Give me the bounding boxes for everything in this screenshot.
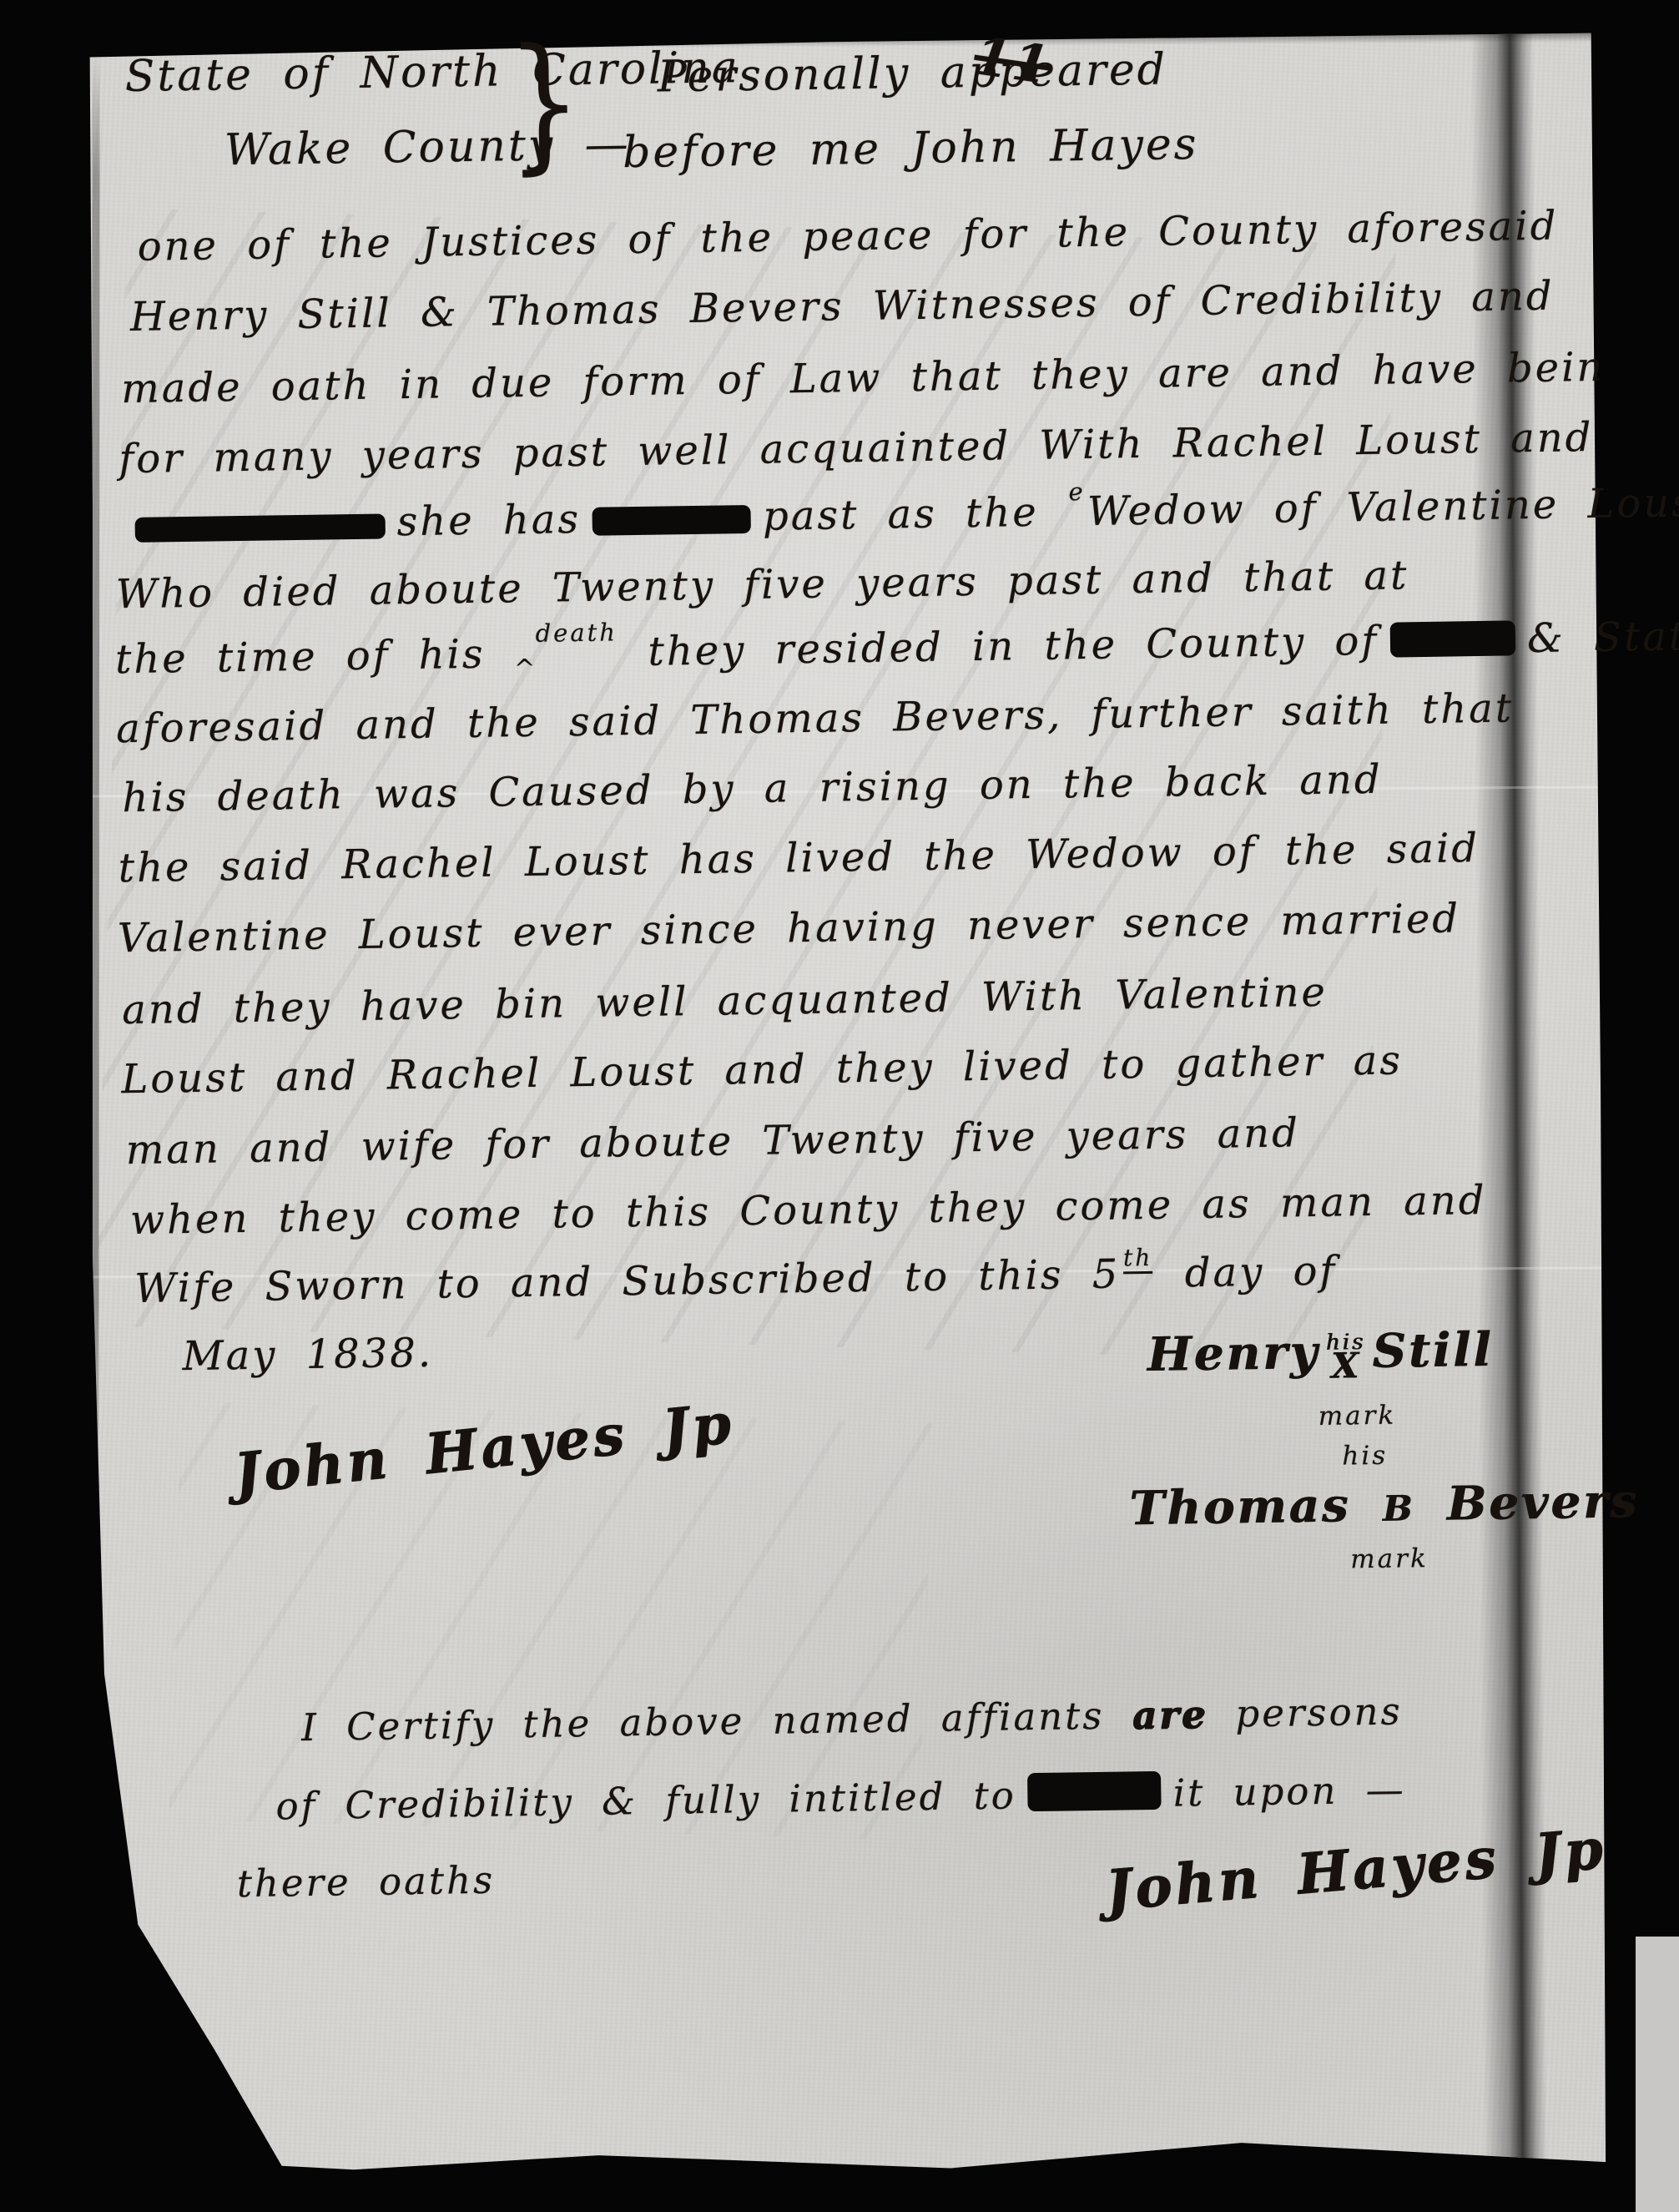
mark-label: mark [1350, 1543, 1429, 1574]
certification-line: of Credibility & fully intitled toit upo… [275, 1767, 1406, 1828]
scanned-affidavit-document: State of North Carolina Wake County — } … [0, 0, 1679, 2212]
affidavit-line: Henry Still & Thomas Bevers Witnesses of… [130, 273, 1555, 341]
affidavit-line: the said Rachel Loust has lived the Wedo… [118, 825, 1480, 891]
affidavit-line: for many years past well acquainted With… [118, 414, 1594, 482]
affidavit-line-with-insertion: the time of his ^death they resided in t… [115, 613, 1679, 683]
signer-first-name: Henry [1147, 1325, 1319, 1382]
affidavit-line-sworn: Wife Sworn to and Subscribed to this 5th… [134, 1248, 1338, 1312]
ink-blot-strikeout [592, 505, 751, 536]
inserted-word: death [535, 618, 618, 647]
line-text: they resided in the County of [648, 618, 1379, 675]
signer-first-name: Thomas [1129, 1477, 1351, 1536]
line-text: persons [1235, 1689, 1403, 1736]
certification-line: there oaths [236, 1858, 495, 1906]
header-state-line: State of North Carolina [124, 43, 740, 102]
stray-page-mark: 11 [971, 25, 1056, 96]
signature-thomas-bevers: Thomas B Bevers [1129, 1473, 1639, 1536]
ink-blot-strikeout [135, 513, 386, 542]
line-text: she has [396, 496, 581, 545]
insertion-caret: ^ [514, 654, 538, 684]
line-text: of Credibility & fully intitled to [275, 1773, 1016, 1828]
handwriting-layer: State of North Carolina Wake County — } … [0, 0, 1679, 2212]
line-text: it upon — [1172, 1767, 1406, 1815]
inserted-letter: e [1068, 477, 1086, 506]
date-line: May 1838. [182, 1330, 433, 1380]
affidavit-line: one of the Justices of the peace for the… [137, 203, 1558, 270]
certification-line: I Certify the above named affiants are p… [301, 1689, 1403, 1750]
affidavit-line: when they come to this County they come … [130, 1177, 1487, 1244]
signature-john-hayes-jp: John Hayes Jp [231, 1390, 737, 1506]
line-text: day of [1184, 1248, 1337, 1297]
mark-label: mark [1318, 1401, 1396, 1432]
line-text: Wife Sworn to and Subscribed to this [134, 1251, 1064, 1312]
affidavit-line: Valentine Loust ever since having never … [118, 895, 1461, 962]
header-personally-appeared: Personally appeared [657, 44, 1167, 102]
ink-blot-strikeout [1027, 1771, 1162, 1811]
affidavit-line: his death was Caused by a rising on the … [122, 756, 1383, 821]
header-brace: } [506, 17, 583, 189]
his-label: his [1342, 1441, 1388, 1472]
signer-last-name: Bevers [1446, 1473, 1639, 1531]
superscript-th: th [1123, 1244, 1153, 1275]
affidavit-line: man and wife for aboute Twenty five year… [125, 1109, 1300, 1174]
line-text: I Certify the above named affiants [301, 1694, 1105, 1750]
header-before-me: before me John Hayes [623, 119, 1199, 178]
line-text: past as the [763, 489, 1039, 540]
line-text: the time of his [115, 631, 486, 684]
day-number: 5 [1092, 1250, 1120, 1297]
affidavit-line: made oath in due form of Law that they a… [121, 344, 1606, 412]
his-mark-stack: hisX [1326, 1334, 1366, 1381]
signer-last-name: Still [1372, 1322, 1494, 1379]
affidavit-line: Loust and Rachel Loust and they lived to… [121, 1037, 1403, 1103]
affidavit-line: and they have bin well acquanted With Va… [122, 969, 1328, 1033]
witness-x-mark: X [1326, 1351, 1366, 1381]
affidavit-line: Who died aboute Twenty five years past a… [116, 552, 1409, 618]
witness-initial-mark: B [1382, 1493, 1414, 1524]
overwritten-word: are [1132, 1692, 1208, 1737]
affidavit-line-with-strikeouts: she haspast as the eWedow of Valentine L… [123, 479, 1679, 549]
signature-henry-still: HenryhisXStill [1147, 1322, 1494, 1384]
line-text: & State [1527, 613, 1679, 662]
line-text: Wedow of Valentine Loust [1087, 479, 1679, 535]
signature-john-hayes-jp-certification: John Hayes Jp [1103, 1816, 1609, 1923]
affidavit-line: aforesaid and the said Thomas Bevers, fu… [116, 684, 1515, 752]
ink-blot-strikeout [1390, 620, 1516, 657]
